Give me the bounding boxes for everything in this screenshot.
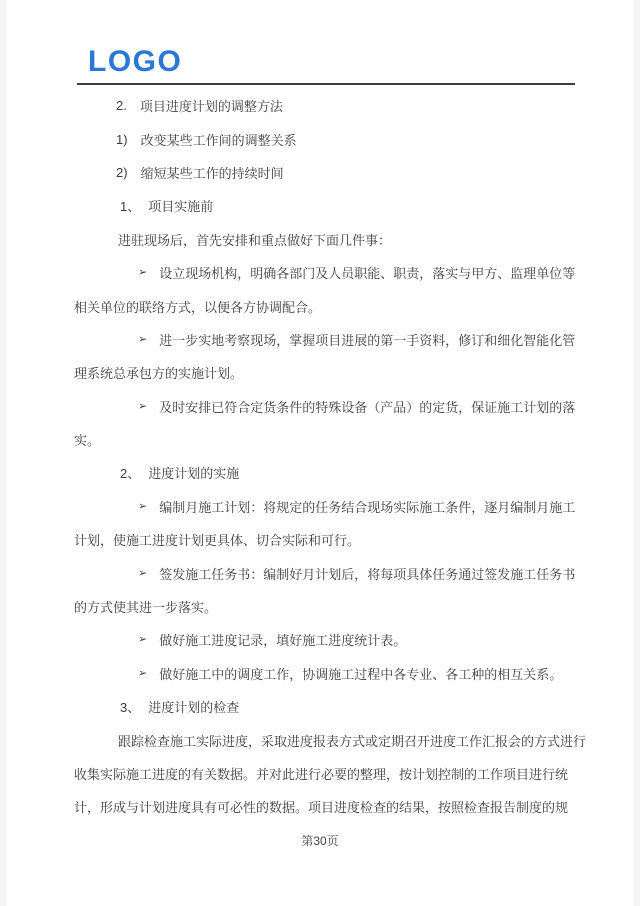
list-marker: 1) xyxy=(116,132,128,147)
text-line: ➢编制月施工计划：将规定的任务结合现场实际施工条件，逐月编制月施工 xyxy=(74,490,576,523)
text-line: 相关单位的联络方式，以便各方协调配合。 xyxy=(74,289,576,322)
line-text: 的方式使其进一步落实。 xyxy=(74,597,217,616)
line-text: 项目实施前 xyxy=(148,196,213,215)
text-line: 的方式使其进一步落实。 xyxy=(74,590,576,623)
line-text: 进驻现场后，首先安排和重点做好下面几件事： xyxy=(118,230,391,249)
bullet-arrow-icon: ➢ xyxy=(138,266,147,279)
bullet-arrow-icon: ➢ xyxy=(138,499,147,512)
document-page: LOGO 2.项目进度计划的调整方法1)改变某些工作间的调整关系2)缩短某些工作… xyxy=(6,0,634,906)
text-line: 跟踪检查施工实际进度，采取进度报表方式或定期召开进度工作汇报会的方式进行 xyxy=(74,723,576,756)
document-body: 2.项目进度计划的调整方法1)改变某些工作间的调整关系2)缩短某些工作的持续时间… xyxy=(6,85,634,824)
line-text: 计，形成与计划进度具有可必性的数据。项目进度检查的结果，按照检查报告制度的规 xyxy=(74,797,568,816)
line-text: 设立现场机构，明确各部门及人员职能、职责，落实与甲方、监理单位等 xyxy=(159,263,575,282)
text-line: 2)缩短某些工作的持续时间 xyxy=(74,156,576,189)
text-line: 实。 xyxy=(74,423,576,456)
line-text: 进度计划的实施 xyxy=(148,463,239,482)
text-line: ➢做好施工中的调度工作，协调施工过程中各专业、各工种的相互关系。 xyxy=(74,657,576,690)
text-line: 3、进度计划的检查 xyxy=(74,690,576,723)
text-line: 计划，使施工进度计划更具体、切合实际和可行。 xyxy=(74,523,576,556)
text-line: 理系统总承包方的实施计划。 xyxy=(74,356,576,389)
line-text: 实。 xyxy=(74,430,100,449)
line-text: 进一步实地考察现场，掌握项目进展的第一手资料，修订和细化智能化管 xyxy=(159,330,575,349)
text-line: ➢设立现场机构，明确各部门及人员职能、职责，落实与甲方、监理单位等 xyxy=(74,256,576,289)
list-marker: 1、 xyxy=(120,196,140,215)
line-text: 项目进度计划的调整方法 xyxy=(140,96,283,115)
line-text: 缩短某些工作的持续时间 xyxy=(141,163,284,182)
line-text: 相关单位的联络方式，以便各方协调配合。 xyxy=(74,297,321,316)
line-text: 跟踪检查施工实际进度，采取进度报表方式或定期召开进度工作汇报会的方式进行 xyxy=(118,731,586,750)
list-marker: 3、 xyxy=(120,697,140,716)
text-line: 计，形成与计划进度具有可必性的数据。项目进度检查的结果，按照检查报告制度的规 xyxy=(74,790,576,823)
line-text: 理系统总承包方的实施计划。 xyxy=(74,363,243,382)
line-text: 进度计划的检查 xyxy=(148,697,239,716)
bullet-arrow-icon: ➢ xyxy=(138,399,147,412)
text-line: 收集实际施工进度的有关数据。并对此进行必要的整理，按计划控制的工作项目进行统 xyxy=(74,757,576,790)
list-marker: 2. xyxy=(116,98,127,113)
bullet-arrow-icon: ➢ xyxy=(138,666,147,679)
text-line: ➢签发施工任务书：编制好月计划后，将每项具体任务通过签发施工任务书 xyxy=(74,556,576,589)
line-text: 计划，使施工进度计划更具体、切合实际和可行。 xyxy=(74,530,360,549)
bullet-arrow-icon: ➢ xyxy=(138,566,147,579)
line-text: 做好施工进度记录，填好施工进度统计表。 xyxy=(159,630,406,649)
page-number: 第30页 xyxy=(301,832,338,849)
text-line: 1)改变某些工作间的调整关系 xyxy=(74,122,576,155)
line-text: 收集实际施工进度的有关数据。并对此进行必要的整理，按计划控制的工作项目进行统 xyxy=(74,764,568,783)
line-text: 签发施工任务书：编制好月计划后，将每项具体任务通过签发施工任务书 xyxy=(159,564,575,583)
bullet-arrow-icon: ➢ xyxy=(138,332,147,345)
text-line: ➢及时安排已符合定货条件的特殊设备（产品）的定货，保证施工计划的落 xyxy=(74,390,576,423)
line-text: 改变某些工作间的调整关系 xyxy=(141,130,297,149)
text-line: 2.项目进度计划的调整方法 xyxy=(74,89,576,122)
text-line: 进驻现场后，首先安排和重点做好下面几件事： xyxy=(74,223,576,256)
line-text: 做好施工中的调度工作，协调施工过程中各专业、各工种的相互关系。 xyxy=(159,664,562,683)
list-marker: 2) xyxy=(116,165,128,180)
text-line: ➢做好施工进度记录，填好施工进度统计表。 xyxy=(74,623,576,656)
text-line: 2、进度计划的实施 xyxy=(74,456,576,489)
list-marker: 2、 xyxy=(120,463,140,482)
logo: LOGO xyxy=(88,47,634,77)
text-line: 1、项目实施前 xyxy=(74,189,576,222)
line-text: 及时安排已符合定货条件的特殊设备（产品）的定货，保证施工计划的落 xyxy=(159,397,575,416)
line-text: 编制月施工计划：将规定的任务结合现场实际施工条件，逐月编制月施工 xyxy=(159,497,575,516)
text-line: ➢进一步实地考察现场，掌握项目进展的第一手资料，修订和细化智能化管 xyxy=(74,323,576,356)
page-header: LOGO xyxy=(6,0,634,77)
bullet-arrow-icon: ➢ xyxy=(138,633,147,646)
